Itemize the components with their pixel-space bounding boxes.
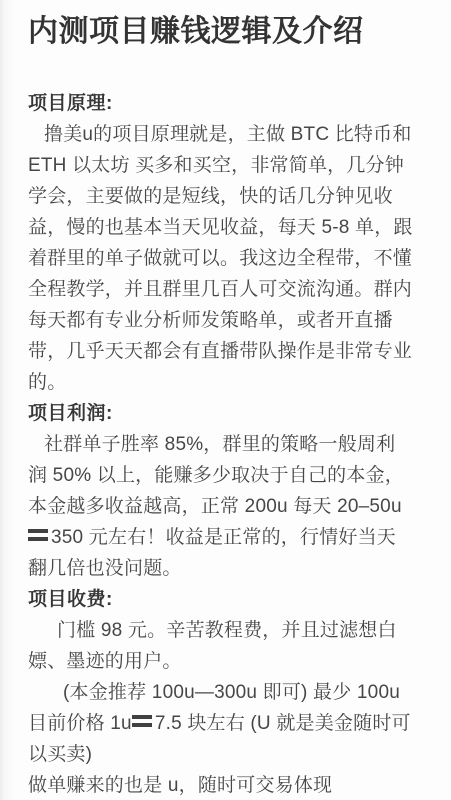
text-line: 社群单子胜率 85%，群里的策略一般周利	[28, 429, 427, 460]
section-heading: 项目原理:	[28, 88, 427, 119]
document-page: 内测项目赚钱逻辑及介绍 项目原理:撸美u的项目原理就是，主做 BTC 比特币和E…	[0, 0, 451, 800]
text-line: 本金越多收益越高，正常 200u 每天 20–50u	[28, 491, 427, 522]
text-line: 润 50% 以上，能赚多少取决于自己的本金，	[28, 460, 427, 491]
text-line: 做单赚来的也是 u，随时可交易体现	[28, 770, 427, 800]
text-line: (本金推荐 100u—300u 即可) 最少 100u	[28, 677, 427, 708]
text-line: 350 元左右！收益是正常的，行情好当天	[28, 522, 427, 553]
text-line: 以买卖)	[28, 739, 427, 770]
text-line: 每天都有专业分析师发策略单，或者开直播	[28, 305, 427, 336]
text-line: 全程教学，并且群里几百人可交流沟通。群内	[28, 274, 427, 305]
text-line: 门槛 98 元。辛苦教程费，并且过滤想白	[28, 615, 427, 646]
page-title: 内测项目赚钱逻辑及介绍	[28, 12, 427, 52]
document-body: 项目原理:撸美u的项目原理就是，主做 BTC 比特币和ETH 以太坊 买多和买空…	[28, 88, 427, 800]
section-heading: 项目收费:	[28, 584, 427, 615]
text-line: ETH 以太坊 买多和买空，非常简单，几分钟	[28, 150, 427, 181]
text-line: 的。	[28, 367, 427, 398]
text-line: 嫖、墨迹的用户。	[28, 646, 427, 677]
text-line: 翻几倍也没问题。	[28, 553, 427, 584]
text-line: 学会，主要做的是短线，快的话几分钟见收	[28, 181, 427, 212]
text-line: 带，几乎天天都会有直播带队操作是非常专业	[28, 336, 427, 367]
text-line: 目前价格 1u7.5 块左右 (U 就是美金随时可	[28, 708, 427, 739]
text-line: 撸美u的项目原理就是，主做 BTC 比特币和	[28, 119, 427, 150]
heavy-equals-glyph	[132, 715, 152, 727]
section-heading: 项目利润:	[28, 398, 427, 429]
heavy-equals-glyph	[28, 529, 48, 541]
text-line: 益，慢的也基本当天见收益，每天 5-8 单，跟	[28, 212, 427, 243]
text-line: 着群里的单子做就可以。我这边全程带，不懂	[28, 243, 427, 274]
